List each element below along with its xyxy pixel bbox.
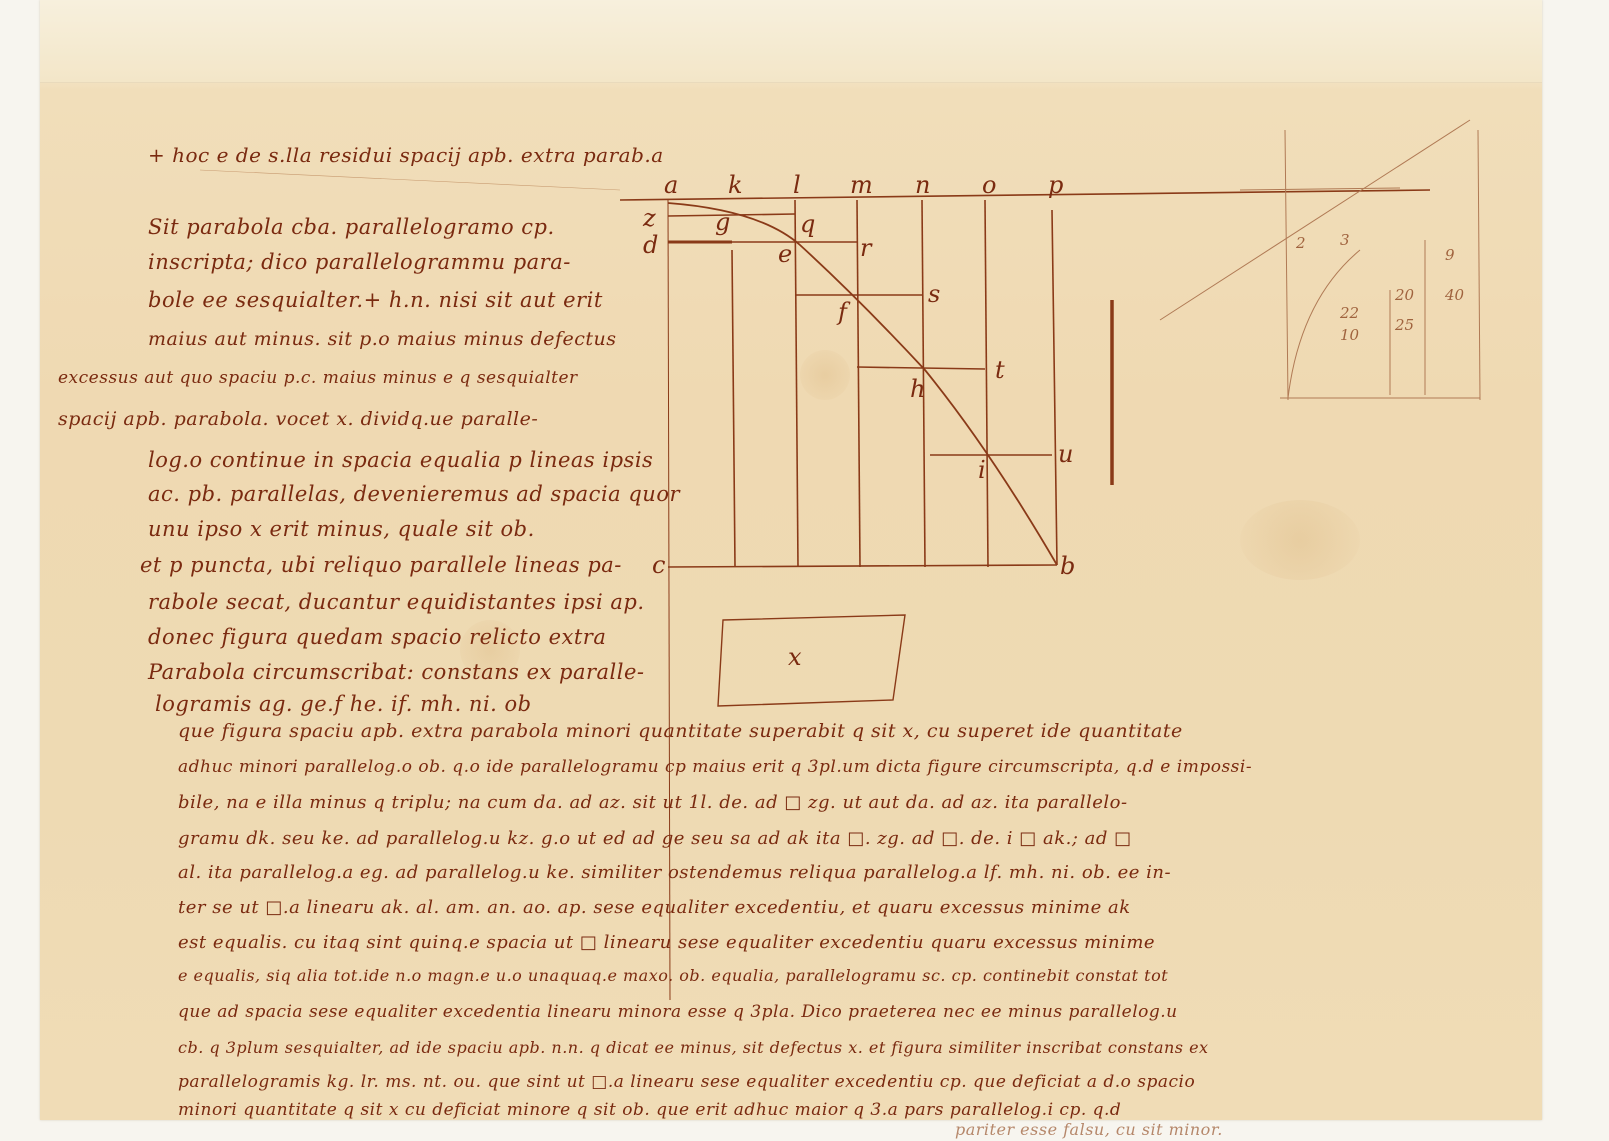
left-line-8: ac. pb. parallelas, devenieremus ad spac… <box>148 482 680 506</box>
left-line-4: maius aut minus. sit p.o maius minus def… <box>148 328 617 350</box>
body-line-13: pariter esse falsu, cu sit minor. <box>955 1120 1223 1139</box>
left-line-5: excessus aut quo spaciu p.c. maius minus… <box>58 368 578 388</box>
label-e: e <box>778 240 792 268</box>
label-f: f <box>836 298 851 326</box>
body-line-9: que ad spacia sese equaliter excedentia … <box>178 1002 1178 1022</box>
label-n: n <box>915 171 930 199</box>
left-line-6: spacij apb. parabola. vocet x. dividq.ue… <box>58 408 538 430</box>
left-line-3: bole ee sesquialter.+ h.n. nisi sit aut … <box>148 288 603 312</box>
body-line-2: adhuc minori parallelog.o ob. q.o ide pa… <box>178 757 1252 777</box>
label-s: s <box>928 280 940 308</box>
left-line-2: inscripta; dico parallelogrammu para- <box>148 250 571 274</box>
body-line-3: bile, na e illa minus q triplu; na cum d… <box>178 792 1128 813</box>
label-q: q <box>800 210 815 238</box>
label-l: l <box>793 171 801 199</box>
body-line-8: e equalis, siq alia tot.ide n.o magn.e u… <box>178 966 1168 985</box>
label-c: c <box>652 551 665 579</box>
label-o: o <box>982 171 996 199</box>
body-line-6: ter se ut □.a linearu ak. al. am. an. ao… <box>178 897 1131 918</box>
body-line-11: parallelogramis kg. lr. ms. nt. ou. que … <box>178 1072 1195 1092</box>
label-p: p <box>1048 171 1063 199</box>
label-u: u <box>1058 440 1073 468</box>
sketch-num: 2 <box>1295 234 1306 252</box>
label-d: d <box>643 231 658 259</box>
body-line-1: que figura spaciu apb. extra parabola mi… <box>178 720 1183 742</box>
label-g: g <box>715 208 730 236</box>
label-r: r <box>860 234 873 262</box>
sketch-num: 22 <box>1339 304 1359 322</box>
body-line-4: gramu dk. seu ke. ad parallelog.u kz. g.… <box>178 828 1132 849</box>
body-line-7: est equalis. cu itaq sint quinq.e spacia… <box>178 932 1155 953</box>
label-k: k <box>728 171 743 199</box>
left-line-10: et p puncta, ubi reliquo parallele linea… <box>140 553 622 577</box>
label-i: i <box>978 456 986 484</box>
left-line-11: rabole secat, ducantur equidistantes ips… <box>148 590 645 614</box>
left-line-12: donec figura quedam spacio relicto extra <box>148 625 606 649</box>
bottom-line-cb <box>668 565 1057 567</box>
label-z: z <box>642 204 656 232</box>
body-line-5: al. ita parallelog.a eg. ad parallelog.u… <box>178 862 1171 883</box>
left-line-14: logramis ag. ge.f he. if. mh. ni. ob <box>155 692 532 716</box>
body-line-10: cb. q 3plum sesquialter, ad ide spaciu a… <box>178 1038 1209 1057</box>
label-m: m <box>850 171 873 199</box>
sketch-num: 40 <box>1444 286 1465 304</box>
heading-note: + hoc e de s.lla residui spacij apb. ext… <box>148 143 664 167</box>
sketch-num: 3 <box>1340 231 1350 249</box>
sketch-num: 10 <box>1340 326 1360 344</box>
label-x: x <box>788 643 802 671</box>
sketch-num: 25 <box>1394 316 1414 334</box>
label-a: a <box>664 171 678 199</box>
label-t: t <box>995 356 1005 384</box>
left-line-1: Sit parabola cba. parallelogramo cp. <box>148 215 555 239</box>
left-line-7: log.o continue in spacia equalia p linea… <box>148 448 653 472</box>
label-h: h <box>910 375 925 403</box>
region-x-box <box>718 615 905 706</box>
left-line-13: Parabola circumscribat: constans ex para… <box>148 660 645 684</box>
label-b: b <box>1060 552 1075 580</box>
sketch-num: 9 <box>1445 246 1455 264</box>
body-line-12: minori quantitate q sit x cu deficiat mi… <box>178 1100 1121 1120</box>
left-line-9: unu ipso x erit minus, quale sit ob. <box>148 517 535 541</box>
sketch-num: 20 <box>1394 286 1415 304</box>
